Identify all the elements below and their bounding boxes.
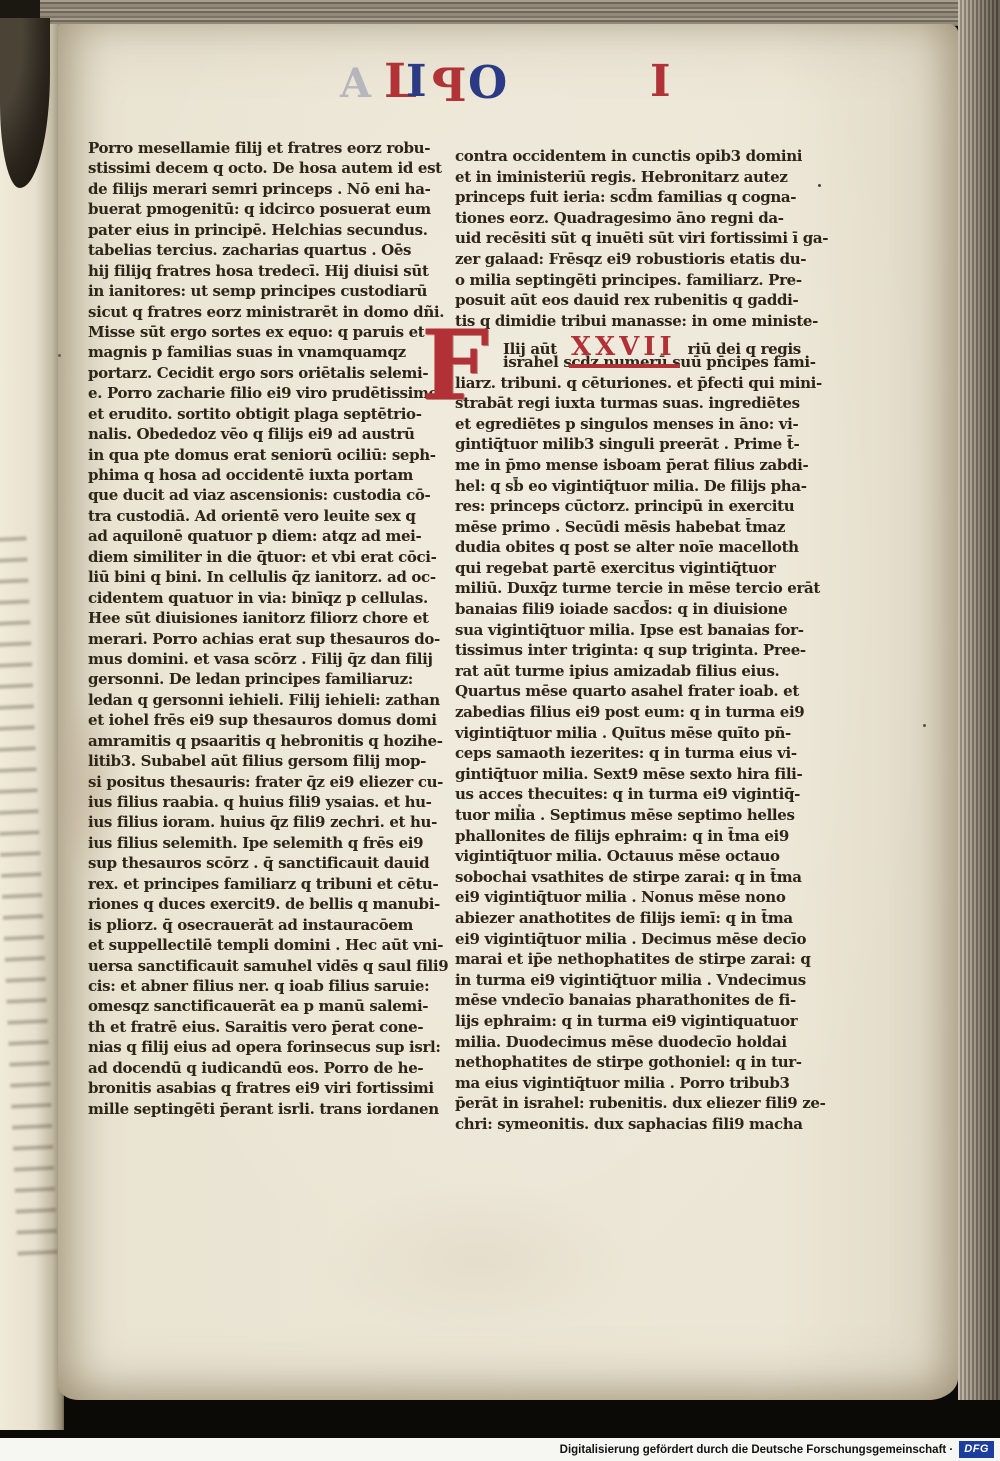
text-line: in ianitores: ut semp principes custodia…: [88, 282, 430, 302]
text-line: ei9 vigintiq̄tuor milia . Nonus mēse non…: [455, 887, 797, 908]
text-line: th et fratrē eius. Saraitis vero p̄erat …: [88, 1018, 430, 1038]
text-line: res: princeps cūctorz. principū in exerc…: [455, 496, 797, 517]
previous-page-showthrough-text: [0, 523, 58, 1264]
text-line: lijs ephraim: q in turma ei9 vigintiquat…: [455, 1011, 797, 1032]
text-line: cidentem quatuor in via: binīqz p cellul…: [88, 589, 430, 609]
text-line: tis q dimidie tribui manasse: in ome min…: [455, 311, 797, 332]
text-line: ius filius selemith. Ipe selemith q frēs…: [88, 834, 430, 854]
text-line: Hee sūt diuisiones ianitorz filiorz chor…: [88, 609, 430, 629]
book-numeral: I: [650, 56, 671, 107]
text-line: uersa sanctificauit samuhel vidēs q saul…: [88, 957, 430, 977]
text-line: tissimus inter triginta: q sup triginta.…: [455, 640, 797, 661]
text-line: ad docendū q iudicandū eos. Porro de he-: [88, 1059, 430, 1079]
text-line: e. Porro zacharie filio ei9 viro prudēti…: [88, 384, 430, 404]
text-line: ma eius vigintiq̄tuor milia . Porro trib…: [455, 1073, 797, 1094]
text-line: in qua pte domus erat seniorū ociliū: se…: [88, 446, 430, 466]
text-line: phallonites de filijs ephraim: q in t̄ma…: [455, 826, 797, 847]
left-column-lines: Porro mesellamie filij et fratres eorz r…: [88, 139, 430, 1120]
text-line: zabedias filius ei9 post eum: q in turma…: [455, 702, 797, 723]
text-line: gersonni. De ledan principes familiaruz:: [88, 670, 430, 690]
text-line: is pliorz. q̄ osecrauerāt ad instauracōe…: [88, 916, 430, 936]
digitization-credit-bar: Digitalisierung gefördert durch die Deut…: [0, 1438, 1000, 1461]
text-line: Quartus mēse quarto asahel frater ioab. …: [455, 681, 797, 702]
running-header-letter: P: [432, 58, 467, 112]
dfg-logo: DFG: [959, 1441, 994, 1458]
text-line: ad aquilonē quatuor p diem: atqz ad mei-: [88, 527, 430, 547]
text-line: p̄erāt in israhel: rubenitis. dux elieze…: [455, 1093, 797, 1114]
text-line: si positus thesauris: frater q̄z ei9 eli…: [88, 773, 430, 793]
text-line: ius filius ioram. huius q̄z fili9 zechri…: [88, 813, 430, 833]
text-line: mus domini. et vasa scōrz . Filij q̄z da…: [88, 650, 430, 670]
text-line: bronitis asabias q fratres ei9 viri fort…: [88, 1079, 430, 1099]
chapter-initial-letter: F: [421, 325, 489, 407]
text-line: ledan q gersonni iehieli. Filij iehieli:…: [88, 691, 430, 711]
text-line: cis: et abner filius ner. q ioab filius …: [88, 977, 430, 997]
text-line: que ducit ad viaz ascensionis: custodia …: [88, 486, 430, 506]
text-line: gintiq̄tuor milia. Sext9 mēse sexto hira…: [455, 764, 797, 785]
text-line: contra occidentem in cunctis opib3 domin…: [455, 146, 797, 167]
text-line: ei9 vigintiq̄tuor milia . Decimus mēse d…: [455, 929, 797, 950]
text-line: litib3. Subabel aūt filius gersom filij …: [88, 752, 430, 772]
text-line: zer galaad: Frēsqz ei9 robustioris etati…: [455, 249, 797, 270]
text-line: sicut q fratres eorz ministrarēt in domo…: [88, 303, 430, 323]
right-column-lines-after: liarz. tribuni. q cēturiones. et p̄fecti…: [455, 373, 797, 1135]
text-line: banaias fili9 ioiade sacd̄os: q in diuis…: [455, 599, 797, 620]
text-line: phima q hosa ad occidentē iuxta portam: [88, 466, 430, 486]
text-line: liarz. tribuni. q cēturiones. et p̄fecti…: [455, 373, 797, 394]
running-header-letter: I: [406, 56, 427, 107]
credit-text: Digitalisierung gefördert durch die Deut…: [560, 1444, 954, 1456]
text-line: Misse sūt ergo sortes ex equo: q paruis …: [88, 323, 430, 343]
text-line: diem similiter in die q̄tuor: et vbi era…: [88, 548, 430, 568]
text-line: milia. Duodecimus mēse duodecīo holdai: [455, 1032, 797, 1053]
text-line: et suppellectilē templi domini . Hec aūt…: [88, 936, 430, 956]
text-line: omesqz sanctificauerāt ea p manū salemi-: [88, 997, 430, 1017]
text-line: tuor milia . Septimus mēse septimo helle…: [455, 805, 797, 826]
running-header: A L I P O: [340, 52, 600, 114]
text-line: rat aūt turme ipius amizadab filius eius…: [455, 661, 797, 682]
text-line: in turma ei9 vigintiq̄tuor milia . Vndec…: [455, 970, 797, 991]
text-line: de filijs merari semri princeps . Nō eni…: [88, 180, 430, 200]
text-line: pater eius in principē. Helchias secundu…: [88, 221, 430, 241]
text-line: nias q filij eius ad opera forinsecus su…: [88, 1038, 430, 1058]
text-line: abiezer anathotites de filijs iemī: q in…: [455, 908, 797, 929]
chapter-number: XXVII: [569, 332, 680, 368]
text-line: us acces thecuites: q in turma ei9 vigin…: [455, 784, 797, 805]
right-text-column: contra occidentem in cunctis opib3 domin…: [455, 146, 797, 1135]
text-line: et erudito. sortito obtigit plaga septēt…: [88, 405, 430, 425]
left-text-column: Porro mesellamie filij et fratres eorz r…: [88, 139, 430, 1120]
parchment-stain: [320, 1180, 640, 1340]
text-line: portarz. Cecidit ergo sors oriētalis sel…: [88, 364, 430, 384]
right-column-lines-before: contra occidentem in cunctis opib3 domin…: [455, 146, 797, 331]
text-line: rex. et principes familiarz q tribuni et…: [88, 875, 430, 895]
text-line: uid recēsiti sūt q inuēti sūt viri forti…: [455, 228, 797, 249]
text-line: buerat pmogenitū: q idcirco posuerat eum: [88, 200, 430, 220]
text-line: et iohel frēs ei9 sup thesauros domus do…: [88, 711, 430, 731]
text-line: Porro mesellamie filij et fratres eorz r…: [88, 139, 430, 159]
text-line: qui regebat partē exercitus vigintiq̄tuo…: [455, 558, 797, 579]
text-line: miliū. Duxq̄z turme tercie in mēse terci…: [455, 578, 797, 599]
text-line: stissimi decem q octo. De hosa autem id …: [88, 159, 430, 179]
text-line: sua vigintiq̄tuor milia. Ipse est banaia…: [455, 620, 797, 641]
text-line: et in iministeriū regis. Hebronitarz aut…: [455, 167, 797, 188]
text-line: merari. Porro achias erat sup thesauros …: [88, 630, 430, 650]
text-line: dudia obites q post se alter noīe macell…: [455, 537, 797, 558]
text-line: mēse vndecīo banaias pharathonites de fi…: [455, 990, 797, 1011]
text-line: gintiq̄tuor milib3 singuli preerāt . Pri…: [455, 434, 797, 455]
running-header-letter: O: [468, 56, 507, 109]
previous-page-edge: [0, 24, 64, 1430]
text-line: sup thesauros scōrz . q̄ sanctificauit d…: [88, 854, 430, 874]
text-line: ceps samaoth iezerites: q in turma eius …: [455, 743, 797, 764]
text-line: tabelias tercius. zacharias quartus . Oē…: [88, 241, 430, 261]
text-line: ius filius raabia. q huius fili9 ysaias.…: [88, 793, 430, 813]
dust-speck: [818, 184, 821, 187]
text-line: strabāt regi iuxta turmas suas. ingrediē…: [455, 393, 797, 414]
text-line: liū bini q bini. In cellulis q̄z ianitor…: [88, 568, 430, 588]
text-line: marai et ip̄e nethophatites de stirpe za…: [455, 949, 797, 970]
text-line: riones q duces exercit9. de bellis q man…: [88, 895, 430, 915]
text-line: sobochai vsathites de stirpe zarai: q in…: [455, 867, 797, 888]
text-line: mēse primo . Secūdi mēsis habebat t̄maz: [455, 517, 797, 538]
text-line: hij filijq fratres hosa tredecī. Hij diu…: [88, 262, 430, 282]
text-line: tra custodiā. Ad orientē vero leuite sex…: [88, 507, 430, 527]
text-line: o milia septingēti principes. familiarz.…: [455, 270, 797, 291]
chapter-27-opening: F Ilij aūtXXVIIriū dei q regis israhel s…: [455, 331, 797, 372]
text-line: nalis. Obededoz vēo q filijs ei9 ad aust…: [88, 425, 430, 445]
text-line: chri: symeonitis. dux saphacias fili9 ma…: [455, 1114, 797, 1135]
text-line: magnis p familias suas in vnamquamqz: [88, 343, 430, 363]
text-line: amramitis q psaaritis q hebronitis q hoz…: [88, 732, 430, 752]
text-line: vigintiq̄tuor milia . Quītus mēse quīto …: [455, 723, 797, 744]
text-line: hel: q sb̄ eo vigintiq̄tuor milia. De fi…: [455, 476, 797, 497]
book-fore-edge: [958, 0, 1000, 1400]
text-line: nethophatites de stirpe gothoniel: q in …: [455, 1052, 797, 1073]
running-header-letter: A: [340, 60, 371, 107]
text-line: me in p̄mo mense isboam p̄erat filius za…: [455, 455, 797, 476]
text-line: princeps fuit ieria: scd̄m familias q co…: [455, 187, 797, 208]
text-line: et egrediētes p singulos menses in āno: …: [455, 414, 797, 435]
book-top-page-edges: [0, 0, 1000, 26]
text-line: vigintiq̄tuor milia. Octauus mēse octauo: [455, 846, 797, 867]
text-line: tiones eorz. Quadragesimo āno regni da-: [455, 208, 797, 229]
text-line: mille septingēti p̄erant isrli. trans io…: [88, 1100, 430, 1120]
text-line: posuit aūt eos dauid rex rubenitis q gad…: [455, 290, 797, 311]
chapter-heading-line: Ilij aūtXXVIIriū dei q regis: [455, 331, 797, 352]
